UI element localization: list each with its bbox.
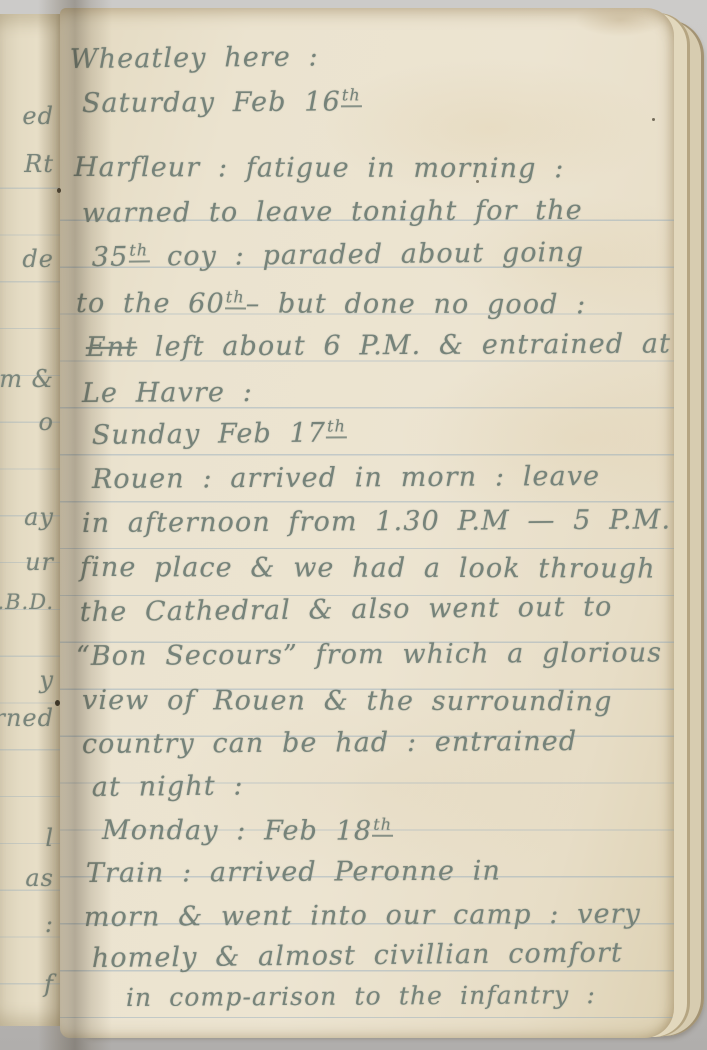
ink-speck	[476, 180, 479, 183]
page-fragment: as	[25, 864, 54, 892]
page-fragment: de	[22, 245, 54, 273]
diary-text: coy : paraded about going	[149, 237, 584, 273]
diary-text: in comp-arison to the infantry :	[126, 980, 596, 1012]
diary-text: 35	[92, 242, 129, 273]
page-fragment: m &	[0, 365, 54, 393]
diary-line: in afternoon from 1.30 P.M — 5 P.M. :	[82, 504, 674, 539]
diary-line: Wheatley here :	[70, 41, 319, 75]
diary-line: warned to leave tonight for the	[82, 195, 583, 229]
diary-line: Le Havre :	[82, 377, 253, 409]
page-fragment: ur	[25, 548, 54, 576]
diary-text: Saturday Feb	[82, 87, 305, 119]
diary-line: morn & went into our camp : very	[84, 899, 641, 933]
diary-text: Rouen : arrived in morn : leave	[92, 461, 600, 495]
diary-line: Saturday Feb 16th	[82, 86, 362, 119]
diary-text: Monday : Feb	[102, 815, 336, 847]
diary-text: to the 60	[76, 288, 225, 319]
diary-text: fine place & we had a look through	[80, 552, 656, 585]
diary-line: the Cathedral & also went out to	[80, 591, 613, 628]
diary-text: Le Havre :	[82, 377, 253, 409]
diary-line: at night :	[92, 770, 244, 803]
diary-text: Sunday Feb	[92, 418, 290, 451]
ink-speck	[652, 118, 655, 121]
notebook-photo: ed Rt de m & o ay ur .B.D. y rned l as :…	[0, 0, 707, 1050]
previous-page-edge: ed Rt de m & o ay ur .B.D. y rned l as :…	[0, 14, 64, 1026]
diary-line: homely & almost civillian comfort	[92, 937, 623, 974]
diary-entry: Wheatley here : Saturday Feb 16th Harfle…	[60, 8, 674, 1038]
ink-speck	[55, 700, 60, 706]
diary-line: Sunday Feb 17th	[92, 417, 348, 451]
page-fragment: .B.D.	[0, 590, 54, 614]
page-fragment: ed	[22, 102, 54, 130]
page-fragment: rned	[0, 704, 54, 732]
page-fragment: :	[45, 910, 54, 938]
diary-line: “Bon Secours” from which a glorious	[76, 637, 662, 672]
diary-text: Harfleur : fatigue in morning :	[74, 152, 564, 184]
diary-text: 17	[289, 418, 326, 449]
diary-text: Train : arrived Peronne in	[86, 855, 501, 889]
page-fragment: f	[44, 970, 54, 998]
diary-line: Train : arrived Peronne in	[86, 855, 501, 889]
diary-text: at night :	[92, 770, 244, 803]
diary-line: in comp-arison to the infantry :	[126, 980, 596, 1012]
superscript-ordinal: th	[225, 287, 246, 309]
diary-line: to the 60th– but done no good :	[76, 288, 586, 320]
diary-text: left about 6 P.M. & entrained at	[137, 328, 671, 362]
diary-text: – but done no good :	[246, 288, 587, 320]
diary-text: country can be had : entrained	[82, 726, 578, 760]
struck-word: Ent	[86, 332, 137, 363]
diary-line: country can be had : entrained	[82, 726, 578, 760]
superscript-ordinal: th	[128, 240, 149, 262]
diary-text: “Bon Secours” from which a glorious	[76, 637, 662, 672]
diary-text: homely & almost civillian comfort	[92, 937, 623, 974]
diary-line: view of Rouen & the surrounding	[82, 685, 613, 717]
superscript-ordinal: th	[341, 85, 362, 107]
ink-speck	[57, 188, 61, 193]
diary-line: 35th coy : paraded about going	[92, 237, 585, 273]
page-fragment: l	[45, 824, 54, 852]
diary-text: view of Rouen & the surrounding	[82, 685, 613, 717]
diary-text: in afternoon from 1.30 P.M — 5 P.M. :	[82, 504, 674, 539]
superscript-ordinal: th	[326, 416, 347, 438]
page-fragment: Rt	[24, 150, 54, 178]
diary-text: the Cathedral & also went out to	[80, 591, 613, 628]
diary-line: Harfleur : fatigue in morning :	[74, 152, 564, 184]
page-fragment: ay	[24, 503, 54, 531]
diary-line: fine place & we had a look through	[80, 552, 656, 585]
page-fragment: y	[39, 666, 54, 694]
notebook-page: Wheatley here : Saturday Feb 16th Harfle…	[60, 8, 674, 1038]
diary-text: warned to leave tonight for the	[82, 195, 583, 229]
diary-text: Wheatley here :	[70, 41, 319, 75]
diary-text: 16	[304, 86, 341, 117]
diary-line: Ent left about 6 P.M. & entrained at	[86, 328, 671, 363]
diary-text: 18	[336, 816, 373, 847]
diary-line: Rouen : arrived in morn : leave	[92, 461, 600, 495]
superscript-ordinal: th	[372, 815, 393, 837]
diary-line: Monday : Feb 18th	[102, 815, 393, 847]
page-fragment: o	[39, 408, 54, 436]
diary-text: morn & went into our camp : very	[84, 899, 641, 933]
